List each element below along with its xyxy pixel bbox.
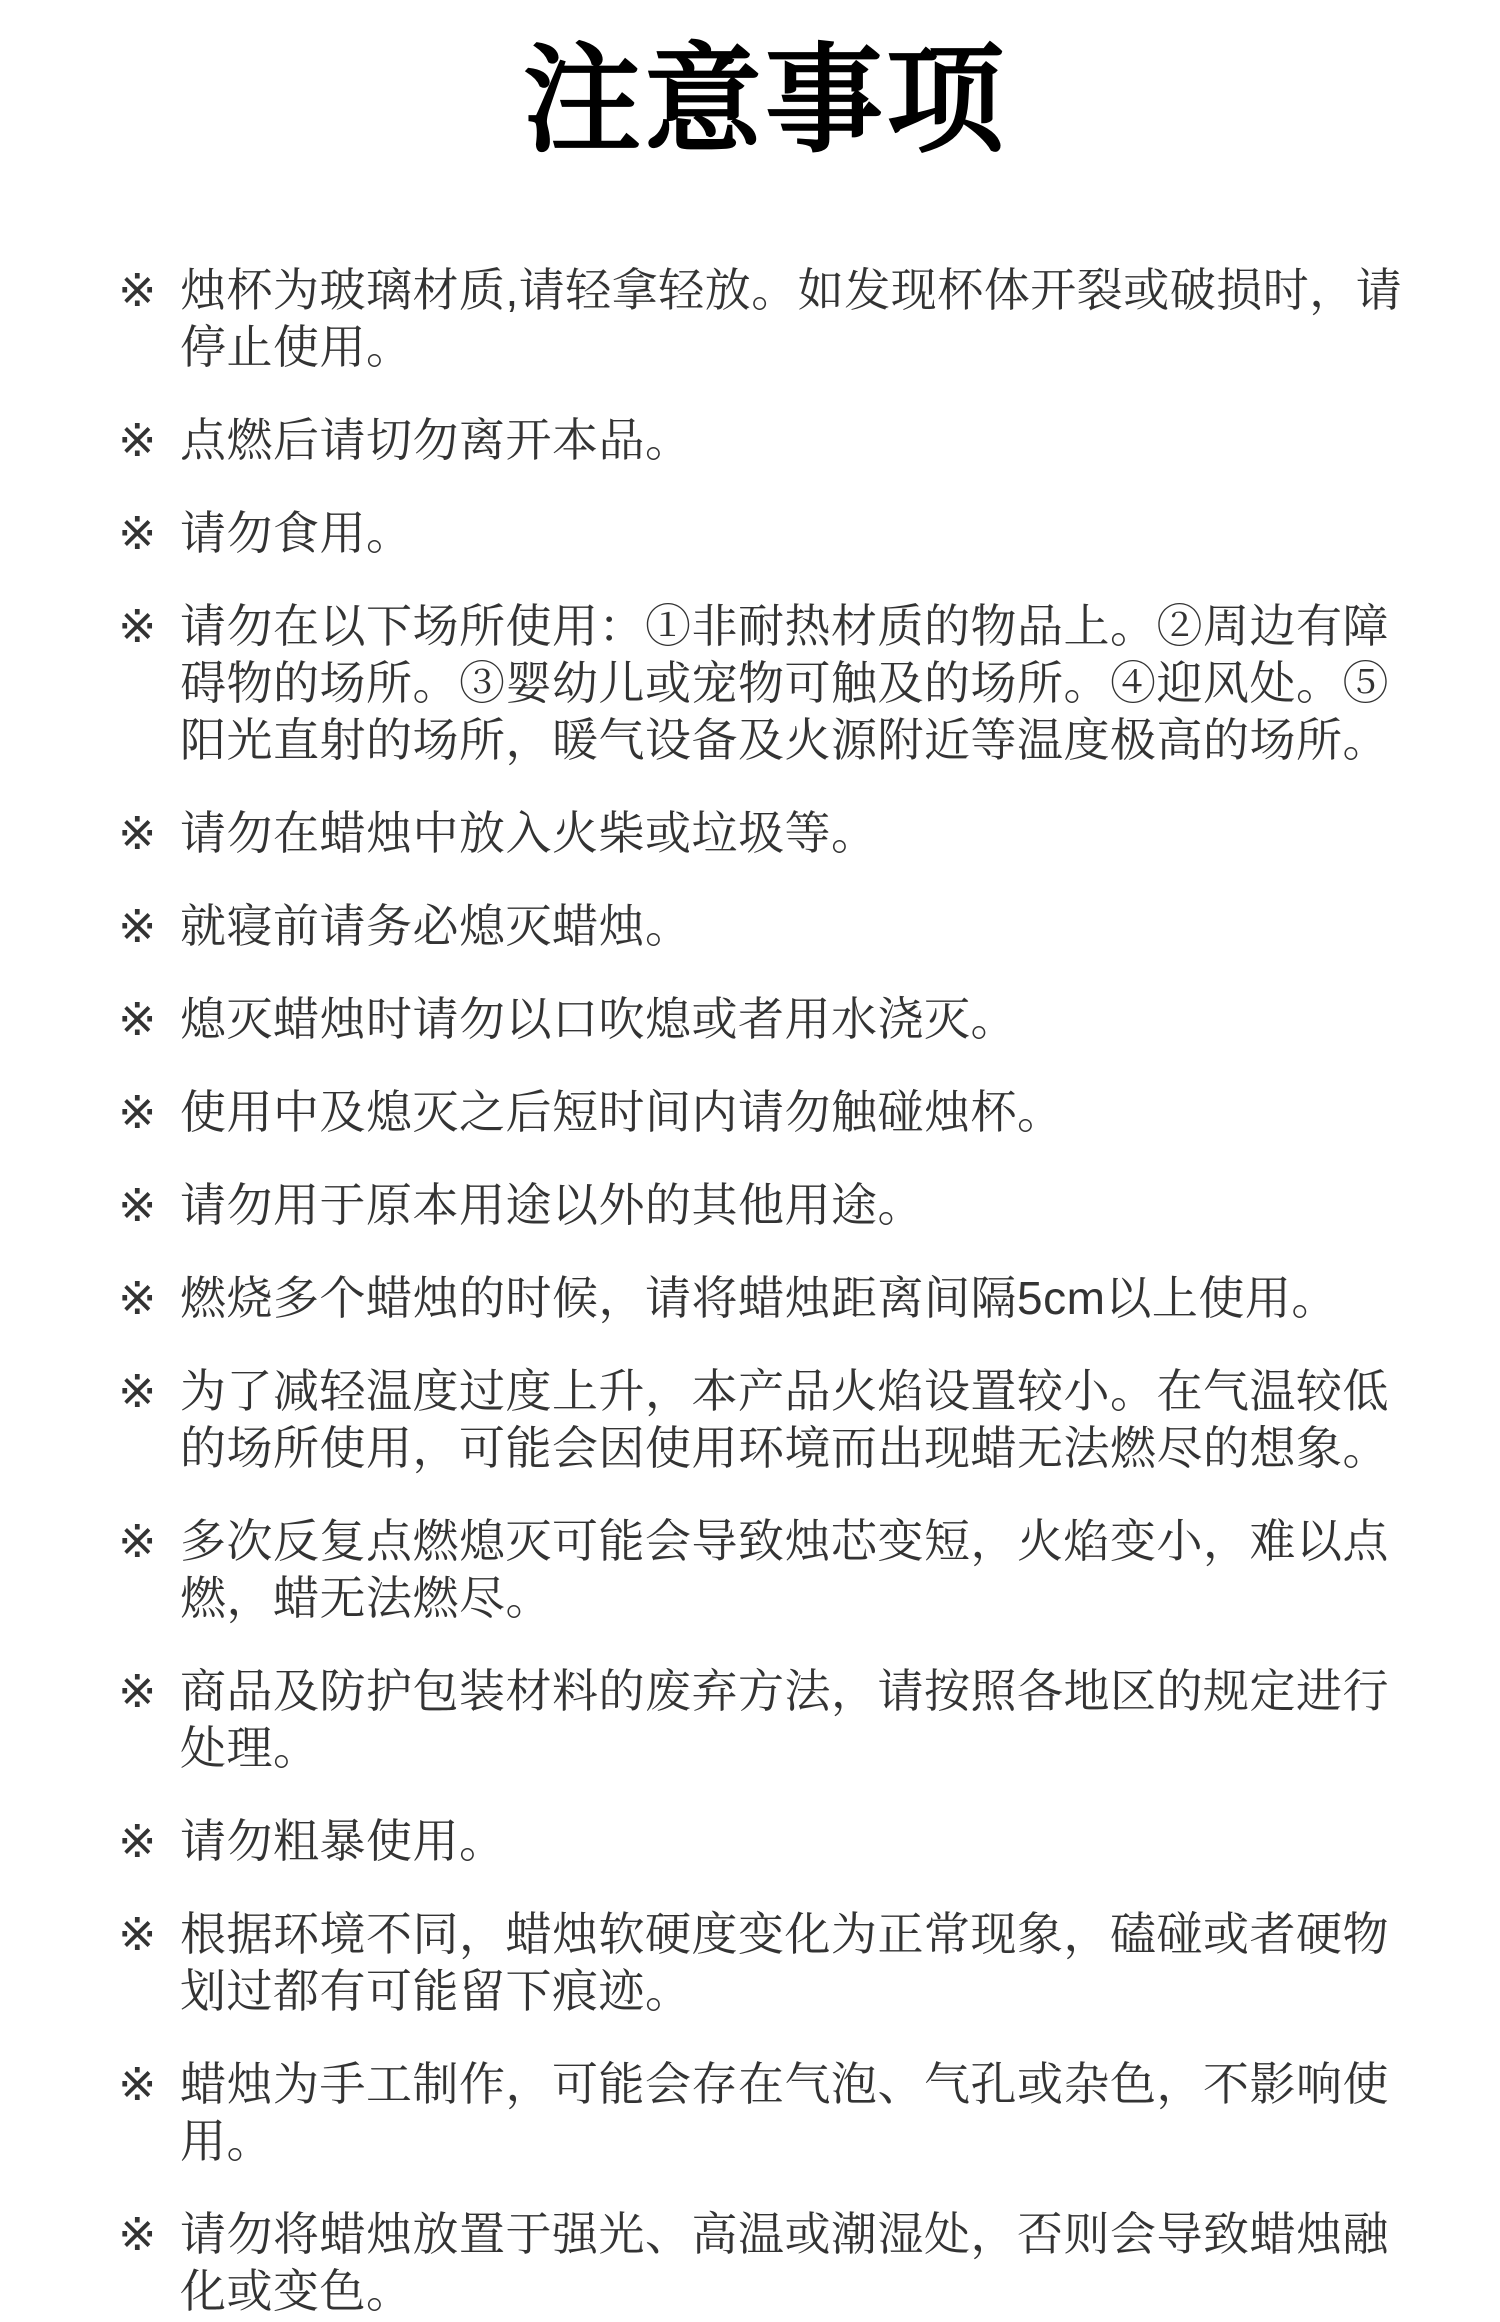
notice-item-text: 使用中及熄灭之后短时间内请勿触碰烛杯。: [180, 1084, 1412, 1141]
reference-mark-icon: ※: [118, 262, 180, 319]
notice-item: ※ 燃烧多个蜡烛的时候，请将蜡烛距离间隔5cm以上使用。: [118, 1270, 1412, 1327]
notice-item: ※ 请勿在蜡烛中放入火柴或垃圾等。: [118, 805, 1412, 862]
notice-item-text: 根据环境不同，蜡烛软硬度变化为正常现象，磕碰或者硬物 划过都有可能留下痕迹。: [180, 1906, 1412, 2020]
notice-item: ※ 熄灭蜡烛时请勿以口吹熄或者用水浇灭。: [118, 991, 1412, 1048]
notice-item-text: 熄灭蜡烛时请勿以口吹熄或者用水浇灭。: [180, 991, 1412, 1048]
notice-item: ※ 烛杯为玻璃材质,请轻拿轻放。如发现杯体开裂或破损时，请 停止使用。: [118, 262, 1412, 376]
notice-item: ※ 请勿在以下场所使用：①非耐热材质的物品上。②周边有障 碍物的场所。③婴幼儿或…: [118, 598, 1412, 769]
reference-mark-icon: ※: [118, 598, 180, 655]
notice-item-text: 请勿将蜡烛放置于强光、高温或潮湿处，否则会导致蜡烛融 化或变色。: [180, 2206, 1412, 2320]
notice-item-text: 多次反复点燃熄灭可能会导致烛芯变短，火焰变小，难以点 燃，蜡无法燃尽。: [180, 1513, 1412, 1627]
notice-item-text: 点燃后请切勿离开本品。: [180, 412, 1412, 469]
reference-mark-icon: ※: [118, 1270, 180, 1327]
notice-list: ※ 烛杯为玻璃材质,请轻拿轻放。如发现杯体开裂或破损时，请 停止使用。 ※ 点燃…: [118, 262, 1412, 2320]
notice-item-text: 请勿在以下场所使用：①非耐热材质的物品上。②周边有障 碍物的场所。③婴幼儿或宠物…: [180, 598, 1412, 769]
reference-mark-icon: ※: [118, 1663, 180, 1720]
notice-item-text: 烛杯为玻璃材质,请轻拿轻放。如发现杯体开裂或破损时，请 停止使用。: [180, 262, 1412, 376]
reference-mark-icon: ※: [118, 505, 180, 562]
notice-item: ※ 多次反复点燃熄灭可能会导致烛芯变短，火焰变小，难以点 燃，蜡无法燃尽。: [118, 1513, 1412, 1627]
notice-item-text: 燃烧多个蜡烛的时候，请将蜡烛距离间隔5cm以上使用。: [180, 1270, 1412, 1327]
reference-mark-icon: ※: [118, 2206, 180, 2263]
notice-item-text: 请勿在蜡烛中放入火柴或垃圾等。: [180, 805, 1412, 862]
notice-item: ※ 请勿将蜡烛放置于强光、高温或潮湿处，否则会导致蜡烛融 化或变色。: [118, 2206, 1412, 2320]
notice-item-text: 请勿粗暴使用。: [180, 1813, 1412, 1870]
reference-mark-icon: ※: [118, 1813, 180, 1870]
notice-item: ※ 商品及防护包装材料的废弃方法，请按照各地区的规定进行 处理。: [118, 1663, 1412, 1777]
reference-mark-icon: ※: [118, 2056, 180, 2113]
reference-mark-icon: ※: [118, 1513, 180, 1570]
reference-mark-icon: ※: [118, 898, 180, 955]
reference-mark-icon: ※: [118, 805, 180, 862]
notice-item: ※ 就寝前请务必熄灭蜡烛。: [118, 898, 1412, 955]
reference-mark-icon: ※: [118, 991, 180, 1048]
notice-item-text: 请勿用于原本用途以外的其他用途。: [180, 1177, 1412, 1234]
reference-mark-icon: ※: [118, 1177, 180, 1234]
reference-mark-icon: ※: [118, 1363, 180, 1420]
reference-mark-icon: ※: [118, 412, 180, 469]
notice-item: ※ 使用中及熄灭之后短时间内请勿触碰烛杯。: [118, 1084, 1412, 1141]
page-title: 注意事项: [118, 30, 1412, 174]
notice-page: 注意事项 ※ 烛杯为玻璃材质,请轻拿轻放。如发现杯体开裂或破损时，请 停止使用。…: [0, 0, 1500, 2322]
notice-item-text: 蜡烛为手工制作，可能会存在气泡、气孔或杂色，不影响使 用。: [180, 2056, 1412, 2170]
notice-item: ※ 点燃后请切勿离开本品。: [118, 412, 1412, 469]
notice-item-text: 请勿食用。: [180, 505, 1412, 562]
notice-item: ※ 根据环境不同，蜡烛软硬度变化为正常现象，磕碰或者硬物 划过都有可能留下痕迹。: [118, 1906, 1412, 2020]
reference-mark-icon: ※: [118, 1084, 180, 1141]
notice-item-text: 为了减轻温度过度上升，本产品火焰设置较小。在气温较低 的场所使用，可能会因使用环…: [180, 1363, 1412, 1477]
notice-item-text: 就寝前请务必熄灭蜡烛。: [180, 898, 1412, 955]
notice-item-text: 商品及防护包装材料的废弃方法，请按照各地区的规定进行 处理。: [180, 1663, 1412, 1777]
notice-item: ※ 蜡烛为手工制作，可能会存在气泡、气孔或杂色，不影响使 用。: [118, 2056, 1412, 2170]
notice-item: ※ 请勿粗暴使用。: [118, 1813, 1412, 1870]
notice-item: ※ 为了减轻温度过度上升，本产品火焰设置较小。在气温较低 的场所使用，可能会因使…: [118, 1363, 1412, 1477]
notice-item: ※ 请勿食用。: [118, 505, 1412, 562]
notice-item: ※ 请勿用于原本用途以外的其他用途。: [118, 1177, 1412, 1234]
reference-mark-icon: ※: [118, 1906, 180, 1963]
